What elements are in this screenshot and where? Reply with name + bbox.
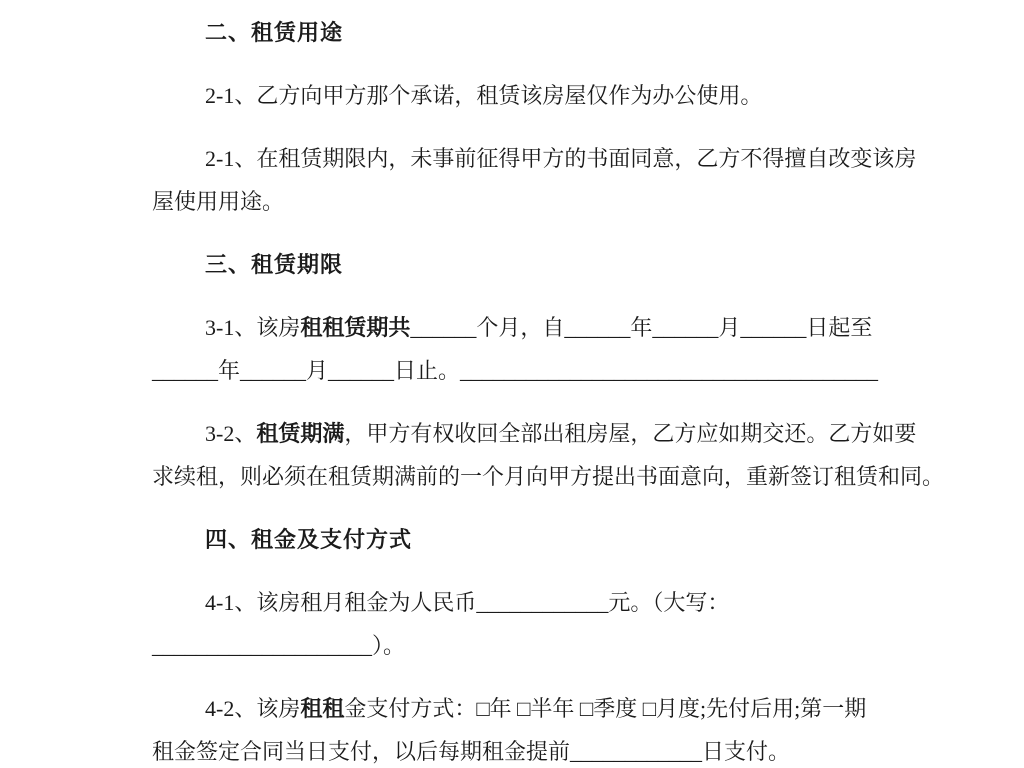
clause-text-bold: 租赁期满 [256, 421, 344, 446]
clause-text: 2-1、乙方向甲方那个承诺，租赁该房屋仅作为办公使用。 [205, 83, 762, 108]
lease-end-date-blank-fields: ______年______月______日止。_________________… [152, 358, 878, 383]
payment-method-checkboxes: □年 □半年 □季度 □月度 [476, 696, 700, 721]
clause-2-1b-line2: 屋使用用途。 [152, 180, 860, 223]
monthly-rent-blank-field: 4-1、该房租月租金为人民币____________元。（大写： [205, 590, 729, 615]
clause-text-bold: 租租 [300, 696, 344, 721]
clause-text: 2-1、在租赁期限内，未事前征得甲方的书面同意，乙方不得擅自改变该房 [205, 146, 916, 171]
contract-document: 二、租赁用途 2-1、乙方向甲方那个承诺，租赁该房屋仅作为办公使用。 2-1、在… [152, 0, 860, 768]
clause-3-2-line1: 3-2、租赁期满，甲方有权收回全部出租房屋，乙方应如期交还。乙方如要 [152, 412, 860, 455]
section-heading-text: 二、租赁用途 [205, 20, 343, 45]
clause-3-1-line1: 3-1、该房租租赁期共______个月，自______年______月_____… [152, 306, 860, 349]
clause-text: 3-2、 [205, 421, 256, 446]
clause-text: ，甲方有权收回全部出租房屋，乙方应如期交还。乙方如要 [344, 421, 916, 446]
clause-text: 3-1、该房 [205, 315, 300, 340]
section-heading-text: 四、租金及支付方式 [205, 527, 412, 552]
clause-2-1b-line1: 2-1、在租赁期限内，未事前征得甲方的书面同意，乙方不得擅自改变该房 [152, 137, 860, 180]
section-heading-text: 三、租赁期限 [205, 252, 343, 277]
clause-text: ;先付后用;第一期 [700, 696, 866, 721]
clause-4-1-line1: 4-1、该房租月租金为人民币____________元。（大写： [152, 581, 860, 624]
clause-text: 屋使用用途。 [152, 189, 284, 214]
clause-text: 金支付方式： [344, 696, 476, 721]
advance-days-blank-field: 租金签定合同当日支付，以后每期租金提前____________日支付。 [152, 739, 790, 764]
section-heading-2: 二、租赁用途 [152, 11, 860, 54]
rent-capitalized-blank-field: ____________________）。 [152, 633, 405, 658]
section-heading-3: 三、租赁期限 [152, 243, 860, 286]
clause-text: 求续租，则必须在租赁期满前的一个月向甲方提出书面意向，重新签订租赁和同。 [152, 464, 944, 489]
clause-text: 4-2、该房 [205, 696, 300, 721]
clause-3-1-line2: ______年______月______日止。_________________… [152, 349, 860, 392]
clause-4-2-line2: 租金签定合同当日支付，以后每期租金提前____________日支付。 [152, 730, 860, 768]
clause-2-1a: 2-1、乙方向甲方那个承诺，租赁该房屋仅作为办公使用。 [152, 74, 860, 117]
lease-term-blank-fields: ______个月，自______年______月______日起至 [410, 315, 872, 340]
section-heading-4: 四、租金及支付方式 [152, 518, 860, 561]
clause-3-2-line2: 求续租，则必须在租赁期满前的一个月向甲方提出书面意向，重新签订租赁和同。 [152, 455, 860, 498]
clause-4-2-line1: 4-2、该房租租金支付方式：□年 □半年 □季度 □月度;先付后用;第一期 [152, 687, 860, 730]
clause-text-bold: 租租赁期共 [300, 315, 410, 340]
clause-4-1-line2: ____________________）。 [152, 624, 860, 667]
